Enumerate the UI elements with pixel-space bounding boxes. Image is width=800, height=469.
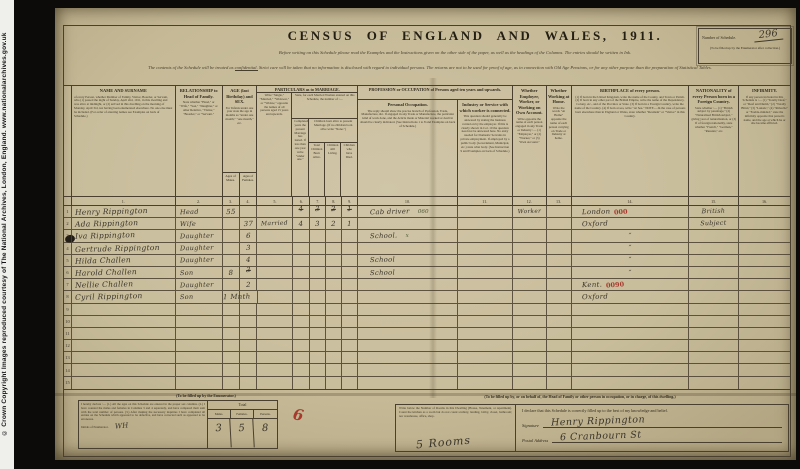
table-header: NAME AND SURNAME of every Person, whethe… [64,86,790,197]
cell-children-died: 1 [342,206,358,217]
header-nationality-title: NATIONALITY of every Person born in a Fo… [689,86,738,106]
cell-children-died [342,255,358,266]
table-row: 12 [64,340,790,352]
cell-employer-status [513,279,547,290]
cell-row-number: 1 [64,206,72,217]
cell-birthplace: ″ [572,255,690,266]
cell-industry [458,291,513,302]
cell-employer-status [513,364,547,375]
cell-relationship: Daughter [176,279,223,290]
cell-children-died [342,267,358,278]
column-number [64,197,72,205]
header-at-home-desc: Write the words "At Home" opposite the n… [547,106,571,143]
instruction-line-1: Before writing on this Schedule please r… [155,50,755,55]
rooms-handwritten-value: 5 Rooms [416,434,472,453]
cell-age-female [240,364,258,375]
cell-children-died [342,377,358,389]
cell-children-born: 3 [310,206,326,217]
table-row: 7Nellie ChallenDaughter2Kent.0090 [64,279,790,291]
cell-age-female: 3 [240,267,258,278]
cell-children-born [310,255,326,266]
cell-name: Ada Rippington [72,218,176,229]
copyright-text: © Crown Copyright Images reproduced cour… [1,0,13,469]
cell-employer-status [513,243,547,254]
cell-age-female [240,328,258,339]
cell-work-at-home [547,377,572,389]
header-marriage-group: PARTICULARS as to MARRIAGE. Write "Singl… [257,86,358,196]
cell-age-female: 3 [240,243,258,254]
cell-children-living [326,243,342,254]
address-label: Postal Address [522,438,548,443]
signature-line: Henry Rippington [543,416,782,428]
cell-infirmity [739,218,790,229]
header-name-desc: of every Person, whether Member of Famil… [72,95,175,120]
cell-children-died [342,316,358,327]
header-age-subcolumns: Ages of Males. Ages of Females. [223,172,257,196]
cell-birthplace: ″ [572,267,690,278]
cell-children-died [342,279,358,290]
cell-work-at-home [547,230,572,241]
cell-infirmity [739,243,790,254]
cell-marriage-condition [257,316,293,327]
cell-birthplace: London000 [572,206,690,217]
cell-name: Nellie Challen [72,279,176,290]
header-name: NAME AND SURNAME of every Person, whethe… [72,86,176,196]
signature-row: Signature Henry Rippington [522,416,782,428]
cell-marriage-condition [257,364,293,375]
header-employer-status: Whether Employer, Worker, or Working on … [513,86,547,196]
cell-name [72,377,176,389]
cell-age-male [223,340,240,351]
cell-industry [458,267,513,278]
header-children-died: Children who have Died. [341,143,357,196]
column-number: 13. [547,197,572,205]
header-married-woman-note: State, for each Married Woman entered on… [292,93,357,119]
cell-nationality [689,255,739,266]
cell-occupation [358,291,458,302]
declaration-text: I declare that this Schedule is correctl… [522,408,782,413]
totals-females-label: Females. [231,410,254,418]
table-row: 10 [64,316,790,328]
header-personal-occupation: Personal Occupation. [358,100,457,109]
cell-infirmity [739,206,790,217]
cell-row-number: 13 [64,352,72,363]
cell-industry [458,328,513,339]
header-marriage-title: PARTICULARS as to MARRIAGE. [257,86,357,93]
cell-birthplace [572,316,690,327]
column-number: 14. [572,197,690,205]
cell-age-male [223,328,240,339]
household-box: Write below the Number of Rooms in this … [395,404,789,452]
cell-children-living [326,291,342,302]
column-number: 3. [223,197,240,205]
cell-marriage-condition [258,291,294,302]
header-at-home: Whether Working at Home. Write the words… [547,86,572,196]
cell-age-female: 37 [240,218,258,229]
header-children-living: Children still Living. [325,143,341,196]
cell-relationship: Wife [176,218,223,229]
instruction-line-2: The contents of the Schedule will be tre… [85,64,775,71]
cell-row-number: 8 [64,291,72,302]
totals-table: Total Males. Females. Persons. 3 5 8 [207,401,277,448]
cell-children-died [342,243,358,254]
header-marriage-condition: Write "Single," "Married," "Widower," or… [257,93,292,196]
cell-marriage-condition [257,304,293,315]
cell-occupation [358,243,458,254]
cell-occupation [358,364,458,375]
header-industry-desc: This question should generally be answer… [458,114,512,154]
address-handwritten: 6 Cranbourn St [552,430,642,444]
header-name-title: NAME AND SURNAME [72,86,175,95]
cell-age-male: 1 Mnth [223,291,240,302]
cell-children-living [326,377,342,389]
cell-industry [458,279,513,290]
cell-relationship [176,328,223,339]
cell-row-number: 6 [64,267,72,278]
cell-children-died: 1 [342,218,358,229]
cell-age-male [223,352,240,363]
cell-name [72,304,176,315]
cell-years-married [293,328,310,339]
cell-work-at-home [547,291,572,302]
cell-infirmity [739,377,790,389]
cell-industry [458,206,513,217]
cell-work-at-home [547,267,572,278]
schedule-number-label: Number of Schedule. [702,35,754,40]
cell-nationality [689,291,739,302]
instruction-rest: Strict care will be taken that no inform… [258,65,712,70]
cell-infirmity [739,291,790,302]
column-number: 12. [513,197,547,205]
column-number: 10. [358,197,458,205]
confidential-word: confidential. [235,65,258,71]
cell-name: Gertrude Rippington [72,243,176,254]
header-personal-occupation-desc: The reply should show the precise branch… [358,109,457,130]
cell-birthplace [572,352,690,363]
cell-birthplace [572,340,690,351]
copyright-strip: © Crown Copyright Images reproduced cour… [0,0,14,469]
cell-children-living [326,340,342,351]
cell-occupation [358,218,458,229]
cell-nationality [689,243,739,254]
cell-row-number: 4 [64,243,72,254]
cell-children-living: 2 [326,218,342,229]
census-table: NAME AND SURNAME of every Person, whethe… [63,85,791,390]
enumerator-box: I hereby declare :— (1.) All the ages on… [78,400,278,449]
cell-nationality [689,352,739,363]
cell-birthplace [572,377,690,389]
signature-label: Signature [522,423,539,428]
cell-children-living [326,279,342,290]
cell-work-at-home [547,328,572,339]
header-at-home-title: Whether Working at Home. [547,86,571,106]
cell-children-died [342,230,358,241]
cell-nationality [689,267,739,278]
totals-header: Total [208,401,277,410]
cell-children-living [326,364,342,375]
cell-infirmity [739,340,790,351]
cell-occupation [358,304,458,315]
header-age-females: Ages of Females. [240,173,257,196]
column-number: 2. [176,197,223,205]
cell-children-living: 2 [326,206,342,217]
cell-children-living [326,304,342,315]
cell-relationship: Son [176,267,223,278]
header-industry: Industry or Service with which worker is… [458,100,512,114]
cell-infirmity [739,267,790,278]
cell-industry [458,377,513,389]
totals-persons-value: 8 [253,418,277,448]
header-rel-desc: State whether "Head," or "Wife," "Son," … [176,100,222,117]
cell-work-at-home [547,218,572,229]
cell-children-born [310,364,326,375]
cell-age-male [223,377,240,389]
enumerator-initials-label: Initials of Enumerator. [81,426,109,430]
cell-row-number: 11 [64,328,72,339]
cell-name [72,352,176,363]
cell-years-married [293,364,310,375]
cell-children-died [342,328,358,339]
table-row: 9 [64,304,790,316]
table-row: 5Hilda ChallenDaughter4School″ [64,255,790,267]
table-row: 11 [64,328,790,340]
cell-age-female: 4 [240,255,258,266]
header-rel-title: RELATIONSHIP to Head of Family. [176,86,222,100]
cell-occupation [358,328,458,339]
cell-years-married [293,316,310,327]
cell-nationality: British [689,206,739,217]
cell-years-married [293,352,310,363]
cell-marriage-condition [257,328,293,339]
totals-values: 3 5 8 [208,419,277,448]
cell-children-living [326,328,342,339]
cell-birthplace [572,364,690,375]
cell-nationality [689,230,739,241]
cell-children-died [342,352,358,363]
totals-persons-label: Persons. [254,410,277,418]
cell-name: Henry Rippington [72,206,176,217]
cell-row-number: 14 [64,364,72,375]
cell-children-born [310,352,326,363]
table-row: 2Ada RippingtonWife37Married4321OxfordSu… [64,218,790,230]
cell-employer-status [513,230,547,241]
rooms-cell: Write below the Number of Rooms in this … [396,405,516,451]
cell-age-male [223,364,240,375]
scanned-census-page: © Crown Copyright Images reproduced cour… [0,0,800,469]
column-number: 15. [689,197,739,205]
column-number: 11. [458,197,513,205]
cell-infirmity [739,364,790,375]
cell-relationship [176,340,223,351]
cell-infirmity [739,352,790,363]
cell-marriage-condition [257,352,293,363]
cell-years-married [293,291,310,302]
cell-industry [458,218,513,229]
cell-work-at-home [547,255,572,266]
header-years-married: Completed years the present Marriage has… [292,119,309,196]
table-row: 15 [64,377,790,389]
cell-employer-status [513,377,547,389]
cell-work-at-home [547,206,572,217]
cell-nationality [689,304,739,315]
cell-name: Harold Challen [72,267,176,278]
cell-children-died [342,364,358,375]
cell-employer-status [513,328,547,339]
header-occupation-group: PROFESSION or OCCUPATION of Persons aged… [358,86,513,196]
cell-row-number: 12 [64,340,72,351]
cell-children-born [310,377,326,389]
cell-name: Hilda Challen [72,255,176,266]
cell-children-born [310,230,326,241]
cell-marriage-condition [257,340,293,351]
cell-occupation: School [358,267,458,278]
cell-years-married [293,304,310,315]
cell-marriage-condition [257,279,293,290]
cell-marriage-condition: Married [257,218,293,229]
header-infirmity: INFIRMITY. If any person included in thi… [739,86,790,196]
confidential-lead: The contents of the Schedule will be tre… [148,65,234,70]
cell-occupation: School [358,255,458,266]
column-number: 5. [257,197,293,205]
cell-children-born: 3 [310,218,326,229]
header-employer-desc: Write opposite the name of each person e… [513,117,546,146]
cell-occupation [358,279,458,290]
column-number-row: 1.2.3.4.5.6.7.8.9.10.11.12.13.14.15.16. [64,197,790,206]
cell-nationality [689,316,739,327]
cell-years-married [293,377,310,389]
cell-occupation: Cab driver060 [358,206,458,217]
cell-name: Cyril Rippington [72,291,176,302]
cell-work-at-home [547,304,572,315]
header-age-desc: For Infants under one year state the age… [223,106,257,173]
cell-relationship [176,364,223,375]
cell-occupation: School.x [358,230,458,241]
cell-occupation [358,340,458,351]
header-rownum [64,86,72,196]
cell-age-female [240,316,258,327]
cell-row-number: 3 [64,230,72,241]
cell-nationality [689,340,739,351]
cell-industry [458,230,513,241]
cell-employer-status [513,340,547,351]
rooms-note: Write below the Number of Rooms in this … [399,406,512,418]
header-children-note: Children born alive to present Marriage.… [309,119,357,143]
cell-relationship [176,304,223,315]
cell-age-female: 2 [240,279,258,290]
cell-infirmity [739,304,790,315]
table-body: 1Henry RippingtonHead554321Cab driver060… [64,206,790,389]
cell-industry [458,255,513,266]
cell-years-married [293,267,310,278]
header-birthplace-desc: (1) If born in the United Kingdom, write… [572,95,689,120]
cell-children-born [310,291,326,302]
cell-work-at-home [547,316,572,327]
header-infirmity-desc: If any person included in this Schedule … [739,95,790,128]
cell-children-living [326,230,342,241]
table-row: 6Harold ChallenSon83School″ [64,267,790,279]
header-occupation-title: PROFESSION or OCCUPATION of Persons aged… [358,86,512,100]
cell-industry [458,304,513,315]
cell-relationship: Head [176,206,223,217]
cell-employer-status [513,255,547,266]
cell-infirmity [739,230,790,241]
header-age-males: Ages of Males. [223,173,240,196]
totals-labels: Males. Females. Persons. [208,410,277,419]
cell-employer-status: Worker [513,206,547,217]
cell-infirmity [739,279,790,290]
cell-marriage-condition [257,206,293,217]
cell-name [72,364,176,375]
cell-relationship [176,316,223,327]
cell-relationship [176,377,223,389]
cell-age-female [240,291,258,302]
cell-birthplace: ″ [572,230,690,241]
header-employer-title: Whether Employer, Worker, or Working on … [513,86,546,117]
household-section-heading: (To be filled up by, or on behalf of, th… [360,395,796,399]
enumerator-section-heading: (To be filled up by the Enumerator.) [75,394,337,398]
cell-birthplace: Oxford [572,291,690,302]
cell-name [72,340,176,351]
cell-employer-status [513,267,547,278]
header-age-title: AGE (last Birthday) and SEX. [223,86,257,106]
cell-nationality [689,377,739,389]
cell-age-female [240,340,258,351]
cell-birthplace: Oxford [572,218,690,229]
cell-relationship [176,352,223,363]
cell-years-married [293,340,310,351]
column-number: 1. [72,197,176,205]
cell-relationship: Daughter [176,255,223,266]
cell-children-died [342,340,358,351]
cell-years-married [293,243,310,254]
cell-work-at-home [547,340,572,351]
header-relationship: RELATIONSHIP to Head of Family. State wh… [176,86,223,196]
cell-work-at-home [547,352,572,363]
cell-industry [458,340,513,351]
cell-age-male [223,243,240,254]
census-form-paper: CENSUS OF ENGLAND AND WALES, 1911. Befor… [55,8,796,460]
cell-relationship: Daughter [176,230,223,241]
cell-nationality [689,279,739,290]
cell-years-married [293,255,310,266]
header-children-born: Total Children Born Alive. [309,143,325,196]
cell-age-female [240,304,258,315]
cell-employer-status [513,218,547,229]
cell-years-married: 4 [293,218,310,229]
cell-age-male [223,316,240,327]
enumerator-initials-handwritten: WH [115,421,129,431]
cell-industry [458,243,513,254]
cell-work-at-home [547,279,572,290]
header-birthplace-title: BIRTHPLACE of every person. [572,86,689,95]
cell-children-born [310,340,326,351]
cell-nationality [689,364,739,375]
header-nationality-desc: State whether :— (1) "British subject by… [689,106,738,135]
cell-employer-status [513,352,547,363]
table-row: 4Gertrude RippingtonDaughter3″ [64,243,790,255]
cell-age-male: 55 [223,206,240,217]
cell-work-at-home [547,243,572,254]
cell-row-number: 2 [64,218,72,229]
header-infirmity-title: INFIRMITY. [739,86,790,95]
cell-work-at-home [547,364,572,375]
cell-industry [458,364,513,375]
cell-relationship: Son [176,291,223,302]
cell-children-born [310,328,326,339]
totals-females-value: 5 [230,418,254,448]
cell-children-living [326,255,342,266]
cell-row-number: 15 [64,377,72,389]
